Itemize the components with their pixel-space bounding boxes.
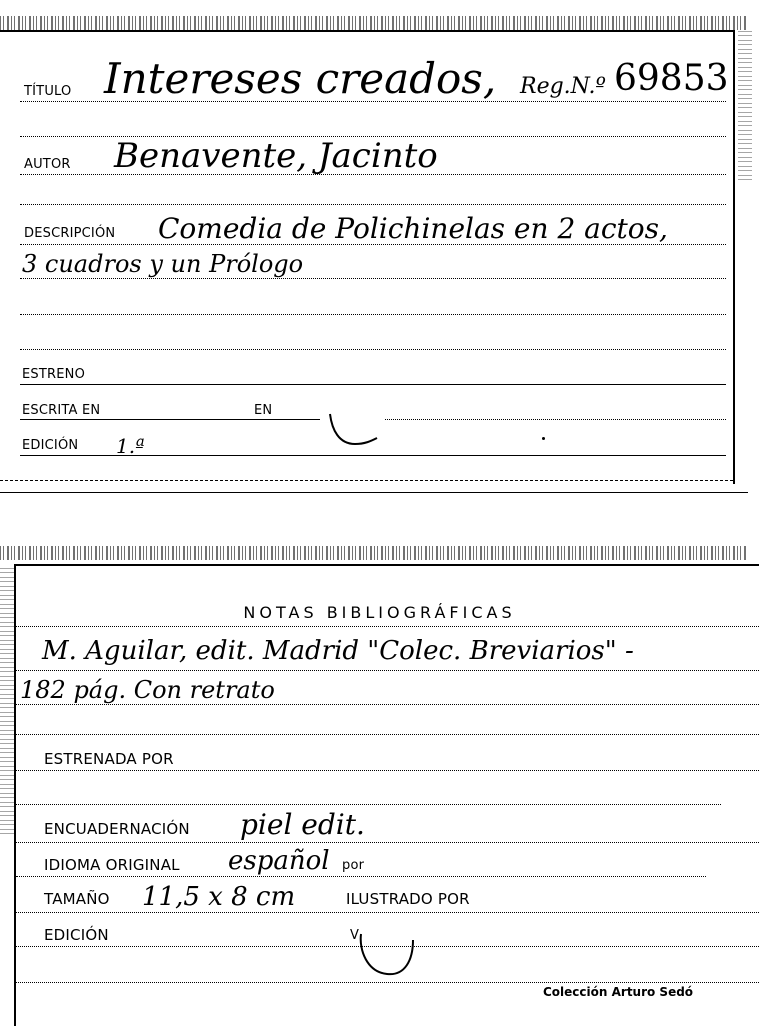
descripcion-value-line2: 3 cuadros y un Prólogo [22, 250, 303, 278]
idioma-original-rule [16, 876, 706, 877]
rule-7 [20, 314, 726, 315]
scan-noise-bottom [0, 546, 746, 560]
titulo-value: Intereses creados, [104, 54, 496, 103]
idioma-original-value: español [228, 846, 330, 876]
edicion-back-label: EDICIÓN [44, 926, 109, 944]
collection-footer: Colección Arturo Sedó [543, 985, 693, 999]
notas-rule-6 [16, 804, 721, 805]
edicion-front-rule [20, 455, 726, 456]
estreno-rule [20, 384, 726, 385]
rule-bottom-front [0, 480, 733, 481]
estreno-label: ESTRENO [22, 367, 85, 382]
ilustrado-por-label: ILUSTRADO POR [346, 890, 470, 908]
notas-rule-1 [16, 626, 759, 627]
descripcion-value-line1: Comedia de Polichinelas en 2 actos, [158, 212, 668, 245]
notas-bibliograficas-heading: NOTAS BIBLIOGRÁFICAS [0, 603, 759, 622]
por-label: por [342, 858, 364, 873]
encuadernacion-value: piel edit. [240, 808, 365, 841]
escrita-en-label: ESCRITA EN [22, 403, 100, 418]
descripcion-rule-1 [20, 244, 726, 245]
rule-8 [20, 349, 726, 350]
tamano-value: 11,5 x 8 cm [142, 882, 295, 912]
titulo-label: TÍTULO [24, 84, 71, 99]
edicion-back-rule [16, 946, 759, 947]
descripcion-rule-2 [20, 278, 726, 279]
pen-stroke-mark [325, 410, 385, 450]
notas-rule-3 [16, 704, 759, 705]
notas-rule-bottom [16, 982, 759, 983]
autor-label: AUTOR [24, 157, 71, 172]
estrenada-por-rule [16, 770, 759, 771]
card-separator [0, 492, 748, 493]
encuadernacion-label: ENCUADERNACIÓN [44, 820, 190, 838]
autor-value: Benavente, Jacinto [114, 136, 438, 176]
ink-dot [542, 437, 545, 440]
registro-number: 69853 [614, 58, 729, 99]
descripcion-label: DESCRIPCIÓN [24, 226, 115, 241]
rule-4 [20, 204, 726, 205]
tamano-rule [16, 912, 759, 913]
notas-line-2: 182 pág. Con retrato [20, 676, 275, 704]
pen-loop-mark [355, 930, 425, 980]
edicion-front-label: EDICIÓN [22, 438, 78, 453]
idioma-original-label: IDIOMA ORIGINAL [44, 856, 180, 874]
escrita-en-rule-right [385, 419, 726, 420]
notas-rule-2 [16, 670, 759, 671]
notas-rule-4 [16, 734, 759, 735]
autor-rule [20, 174, 726, 175]
escrita-en-rule-left [20, 419, 320, 420]
estrenada-por-label: ESTRENADA POR [44, 750, 174, 768]
scan-noise-top [0, 16, 746, 30]
notas-line-1: M. Aguilar, edit. Madrid "Colec. Breviar… [42, 636, 634, 666]
scan-noise-right [738, 30, 752, 180]
titulo-rule [20, 101, 726, 102]
registro-prefix: Reg.N.º [520, 74, 606, 99]
encuadernacion-rule [16, 842, 759, 843]
en-label: EN [254, 403, 272, 418]
tamano-label: TAMAÑO [44, 890, 110, 908]
